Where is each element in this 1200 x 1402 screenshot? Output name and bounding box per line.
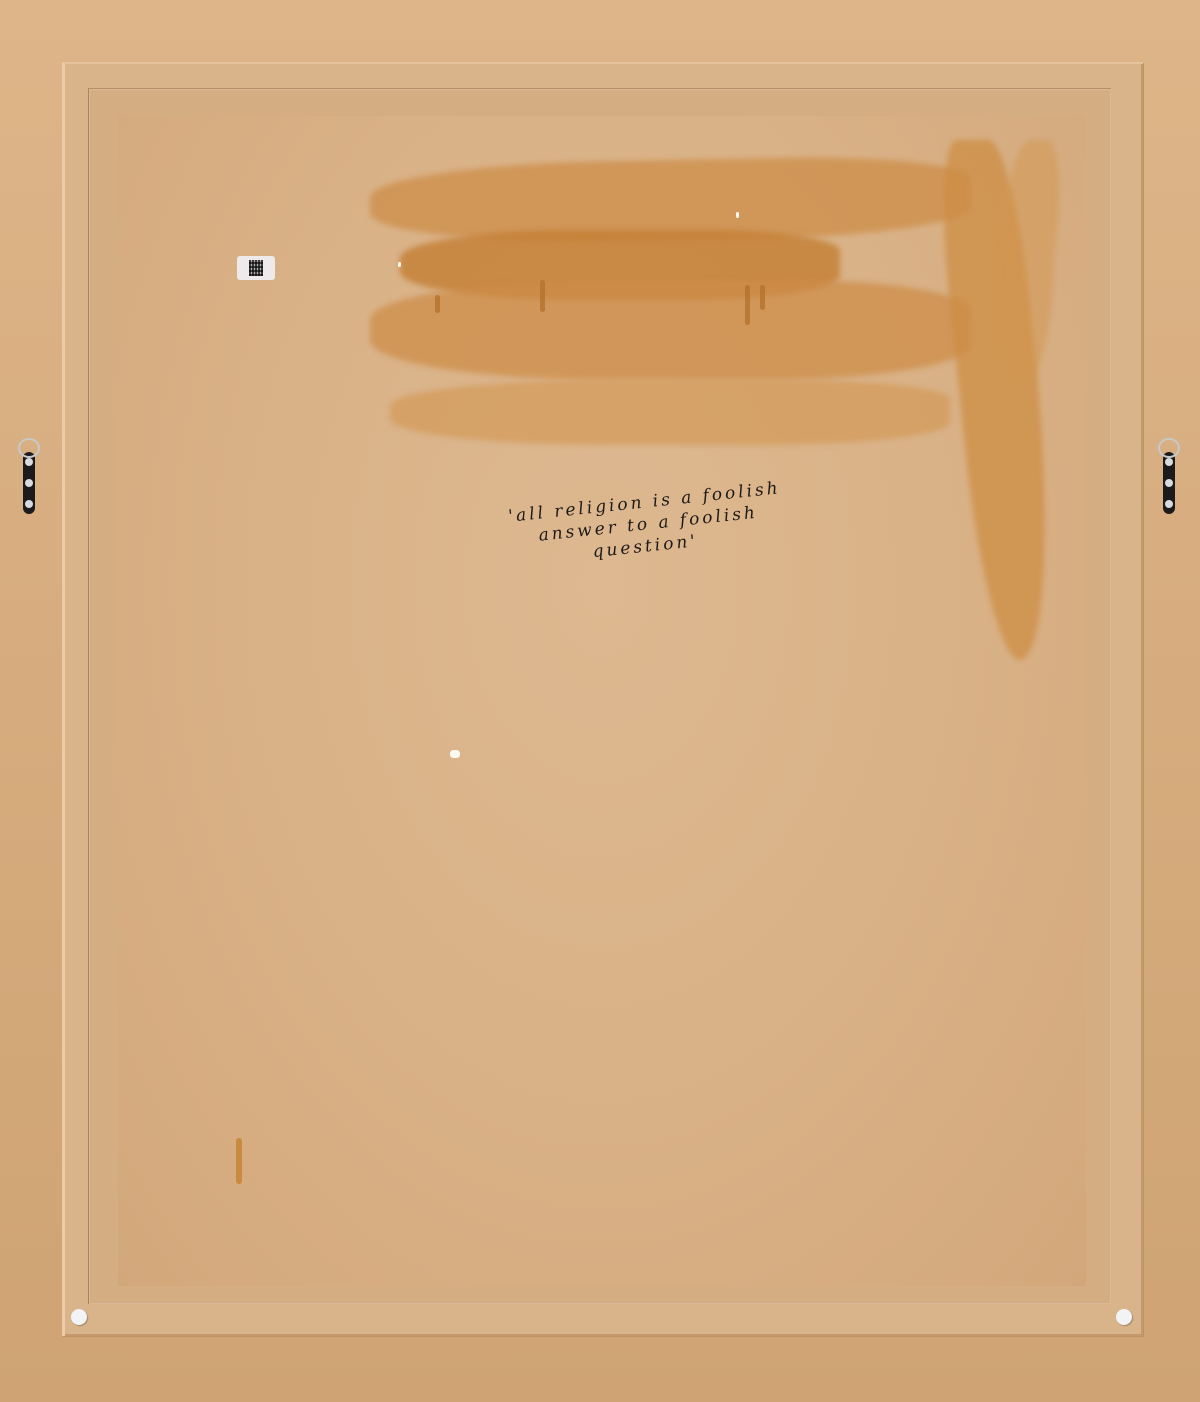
qr-label-sticker [237, 256, 275, 280]
paint-drip [435, 295, 440, 313]
screw-icon [1165, 479, 1173, 487]
paint-speck [736, 212, 739, 218]
screw-icon [1165, 500, 1173, 508]
paint-drip [745, 285, 750, 325]
bottom-left-bumper-icon [71, 1309, 87, 1325]
left-hanger-icon [23, 452, 35, 514]
screw-icon [25, 458, 33, 466]
screw-icon [1165, 458, 1173, 466]
paint-smudge [236, 1138, 242, 1184]
paint-speck [398, 262, 401, 267]
right-hanger-icon [1163, 452, 1175, 514]
screw-icon [25, 500, 33, 508]
d-ring-icon [18, 438, 40, 458]
screw-icon [25, 479, 33, 487]
paint-drip [540, 280, 545, 312]
paint-drip [760, 285, 765, 310]
bottom-right-bumper-icon [1116, 1309, 1132, 1325]
d-ring-icon [1158, 438, 1180, 458]
paint-speck [450, 750, 460, 758]
paint-stroke [370, 280, 970, 380]
qr-code-icon [249, 260, 263, 276]
paint-stroke [390, 380, 950, 445]
